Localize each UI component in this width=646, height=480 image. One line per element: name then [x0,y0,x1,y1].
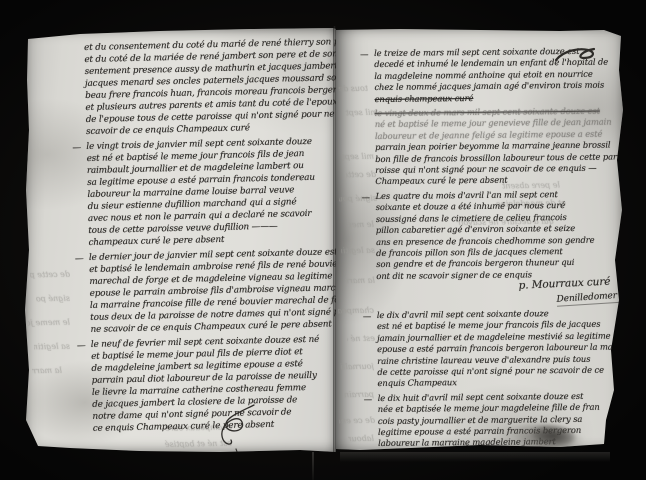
entry-dash-marker: — [363,311,371,322]
verso-bleed-text: la marraine jeanne [345,276,375,286]
verso-bleed-text: tous de cette paroisse [338,84,368,94]
signature-flourish-icon [210,402,264,454]
entry-dash-marker: — [364,394,372,405]
register-entry: le vingt deux de mars mil sept cent soix… [375,105,618,187]
entry-dash-marker: — [360,49,368,60]
verso-bleed-text: signé pour ne scavoir [339,194,377,204]
right-page-paper: mil sept cent soixante douzede cette par… [336,24,626,454]
left-page-paper: de cette paroisse qui n'ontsigné pour ne… [22,26,336,454]
verso-bleed-text: mil sept cent soixante douze [340,152,374,162]
verso-bleed-text: le meme jour fille de [348,220,374,229]
signature: Denilledomer [556,290,619,306]
verso-bleed-text: le meme jour fille de [28,318,70,328]
verso-bleed-text: sa legitime epouse a esté [34,342,70,352]
verso-bleed-text: signé pour ne scavoir [36,294,70,304]
manuscript-line: enquis Champeaux [377,376,619,390]
verso-bleed-text: de ce enquis [339,416,375,426]
verso-bleed-text: mil sept cent soixante douze [344,108,378,118]
entry-dash-marker: — [362,192,370,203]
entry-dash-marker: — [72,142,81,154]
register-entry: —le vingt trois de janvier mil sept cent… [86,135,340,249]
register-entry: et du consentement du coté du marié de r… [84,36,338,138]
verso-bleed-text: laboureur de la paroisse [348,434,374,443]
manuscript-scan: de cette paroisse qui n'ontsigné pour ne… [0,0,646,480]
book-block-shadow [340,452,610,462]
register-entry: —le dix d'avril mil sept cent soixante d… [377,307,620,389]
manuscript-line: enquis champeaux curé [374,91,616,105]
verso-bleed-text: journallier et de [58,451,178,462]
verso-bleed-text: de cette paroisse qui n'ont [30,270,70,280]
verso-bleed-text: de cette paroisse qui n'ont [346,170,376,180]
verso-bleed-text: est né et baptisé [347,334,375,343]
verso-bleed-text: sa legitime epouse a esté [341,246,375,256]
register-entry: —Les quatre du mois d'avril l'an mil sep… [375,188,618,307]
entry-dash-marker: — [75,253,84,265]
left-page-text: et du consentement du coté du marié de r… [84,36,345,438]
verso-bleed-text: la marraine jeanne [32,366,62,376]
right-page-text: —le treize de mars mil sept cent soixant… [374,45,620,464]
register-entry: —le dernier jour de janvier mil sept cen… [89,246,343,336]
ink-blot-flourish-icon [554,46,600,66]
page-gutter [333,26,336,452]
manuscript-line: Champeaux curé le pere absent [375,174,617,188]
book-spine-seam [312,452,314,480]
entry-dash-marker: — [77,340,86,352]
verso-bleed-text: journallier et de [340,362,374,372]
